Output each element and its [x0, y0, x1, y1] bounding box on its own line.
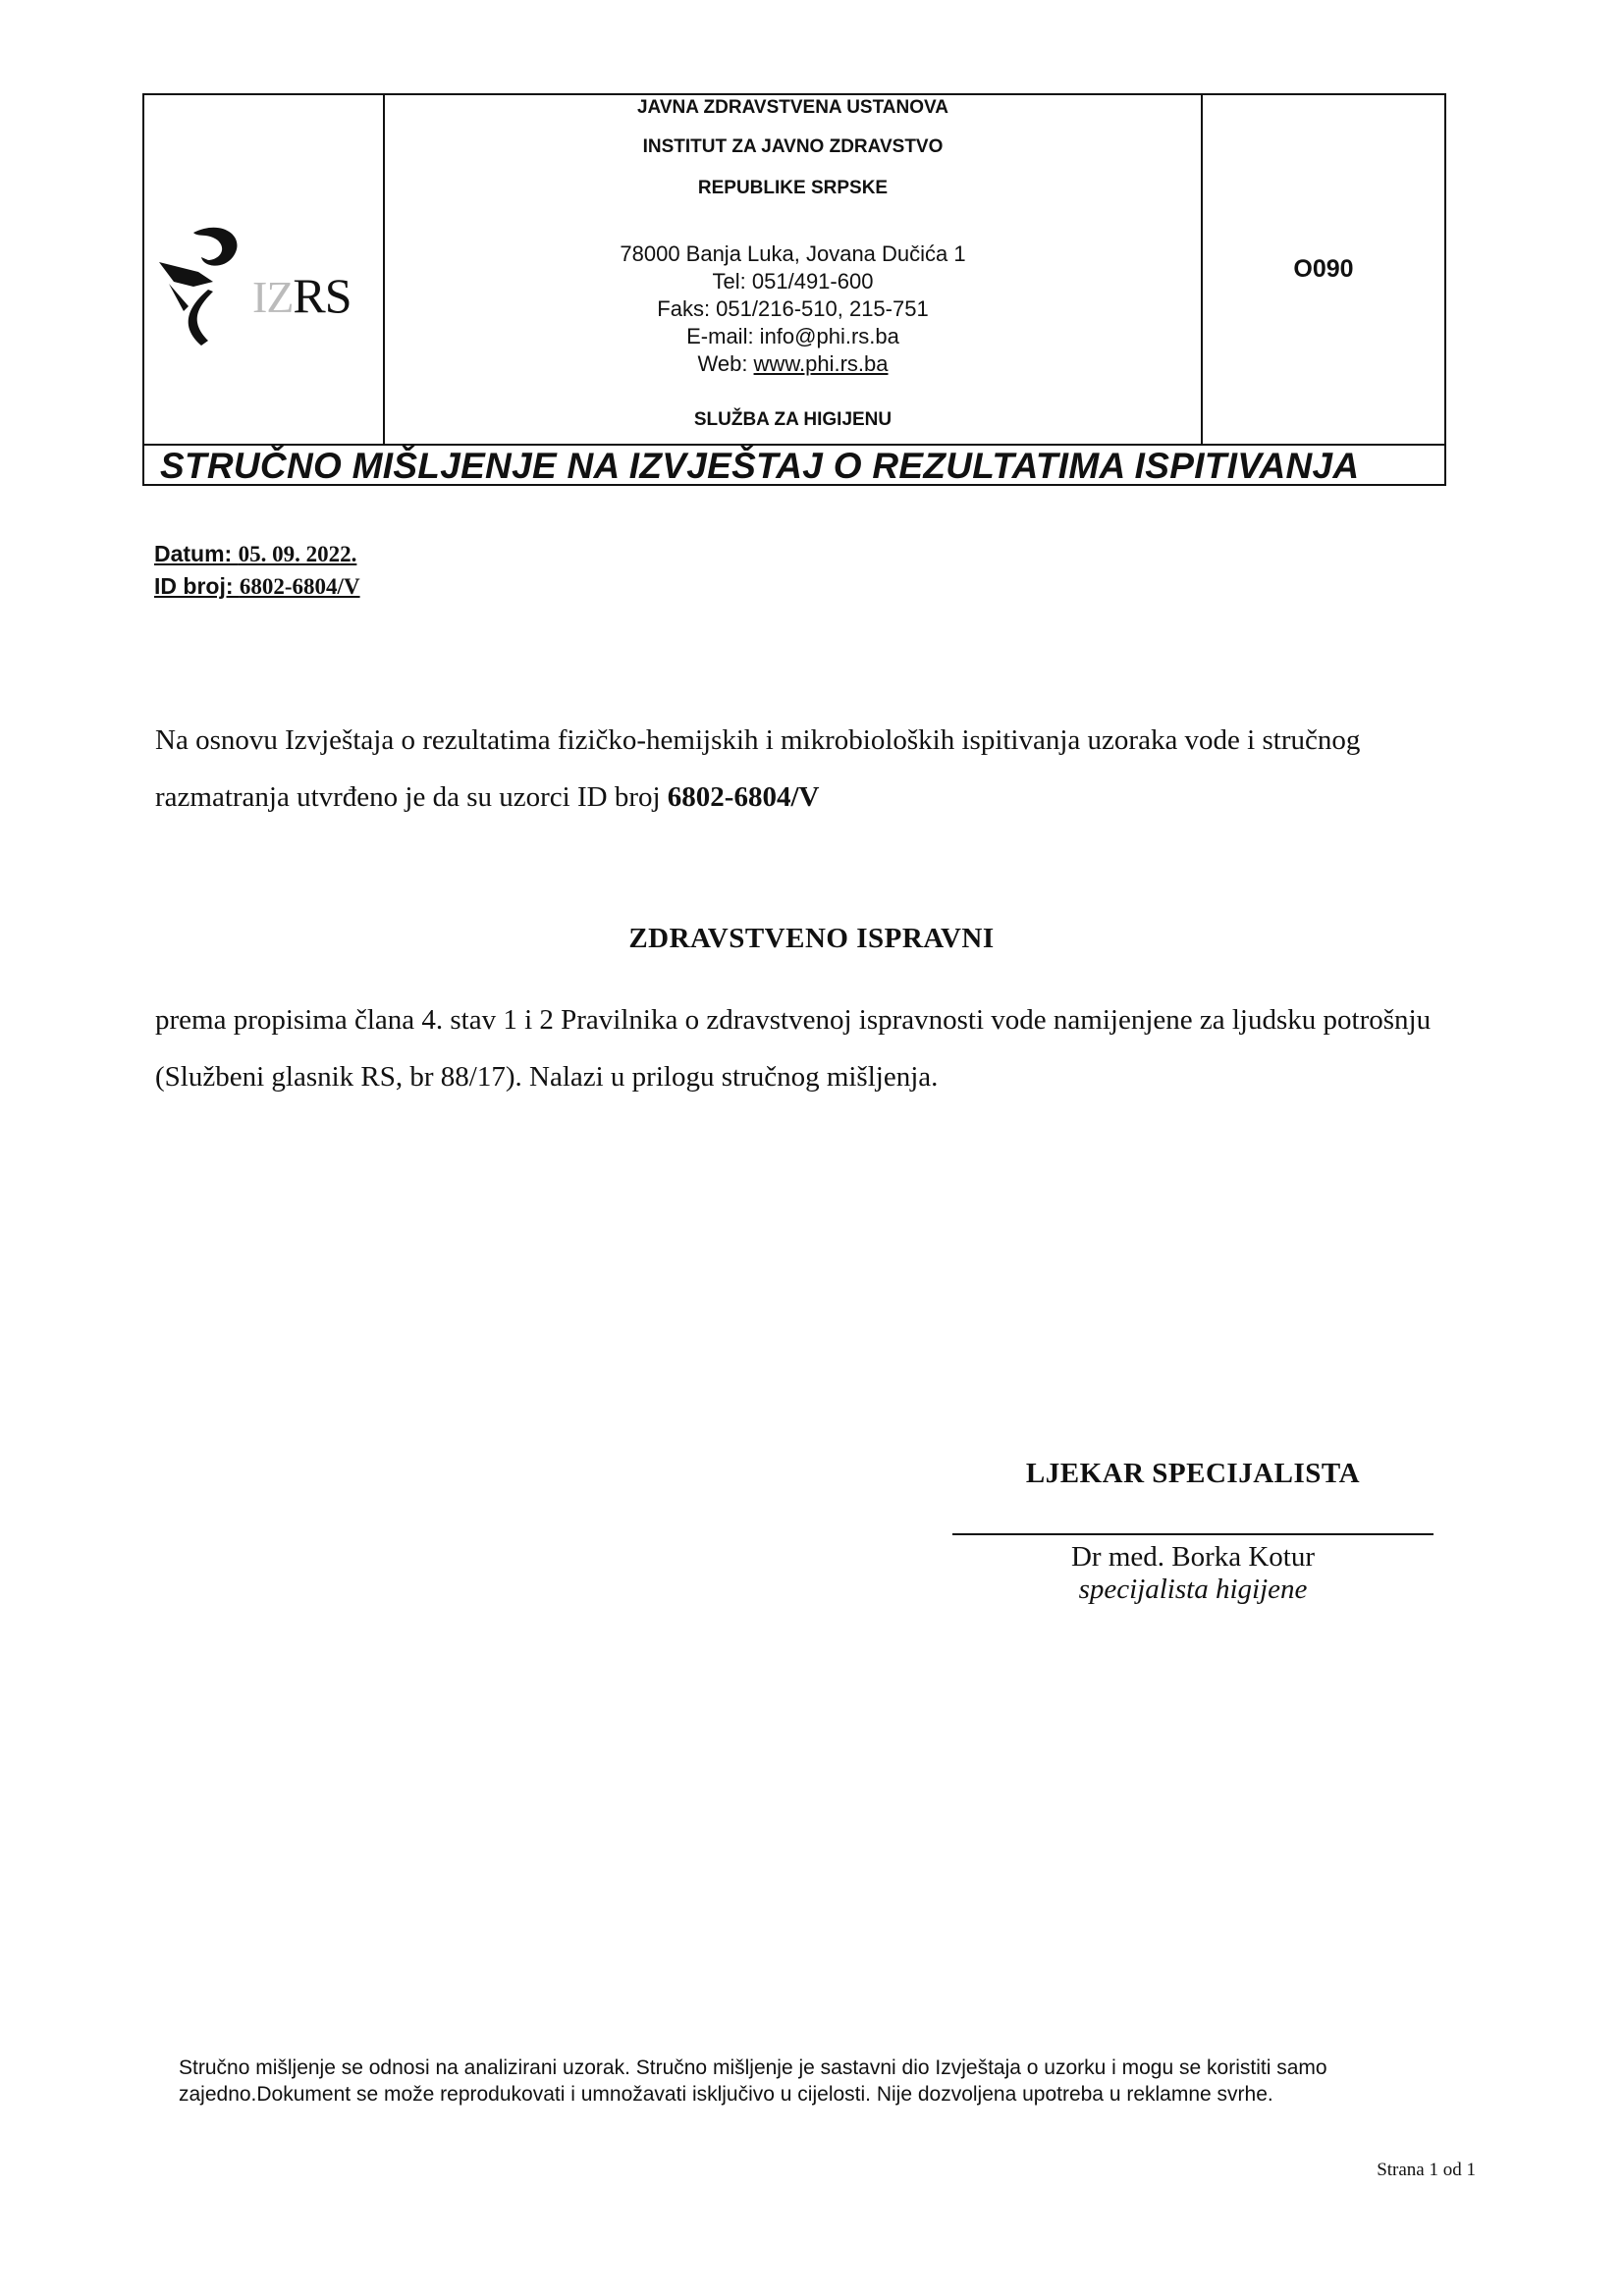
contact-block: 78000 Banja Luka, Jovana Dučića 1 Tel: 0… — [385, 240, 1201, 378]
institute-logo-icon — [154, 213, 262, 350]
paragraph-regulation: prema propisima člana 4. stav 1 i 2 Prav… — [155, 991, 1461, 1105]
document-header: IZRS JAVNA ZDRAVSTVENA USTANOVA INSTITUT… — [142, 93, 1446, 486]
header-row: IZRS JAVNA ZDRAVSTVENA USTANOVA INSTITUT… — [144, 95, 1444, 446]
form-code: O090 — [1203, 95, 1444, 444]
institution-name: INSTITUT ZA JAVNO ZDRAVSTVO — [385, 136, 1201, 158]
paragraph-basis: Na osnovu Izvještaja o rezultatima fizič… — [155, 712, 1461, 826]
sample-id: 6802-6804/V — [668, 781, 820, 813]
page-number: Strana 1 od 1 — [1377, 2160, 1476, 2181]
fax: Faks: 051/216-510, 215-751 — [385, 295, 1201, 323]
logo-wordmark: IZRS — [252, 267, 352, 324]
id-value: 6802-6804/V — [240, 574, 360, 599]
institution-region: REPUBLIKE SRPSKE — [385, 178, 1201, 199]
signature-block: LJEKAR SPECIJALISTA Dr med. Borka Kotur … — [952, 1458, 1434, 1606]
document-title: STRUČNO MIŠLJENJE NA IZVJEŠTAJ O REZULTA… — [144, 446, 1444, 486]
verdict: ZDRAVSTVENO ISPRAVNI — [0, 923, 1623, 955]
signer-specialty: specijalista higijene — [952, 1574, 1434, 1606]
institution-type: JAVNA ZDRAVSTVENA USTANOVA — [385, 97, 1201, 119]
website-link[interactable]: www.phi.rs.ba — [754, 351, 889, 376]
logo-cell: IZRS — [144, 95, 385, 444]
institution-info: JAVNA ZDRAVSTVENA USTANOVA INSTITUT ZA J… — [385, 95, 1203, 444]
date-line: Datum: 05. 09. 2022. — [154, 538, 360, 570]
phone: Tel: 051/491-600 — [385, 268, 1201, 295]
signature-line — [952, 1533, 1434, 1535]
address: 78000 Banja Luka, Jovana Dučića 1 — [385, 240, 1201, 268]
date-value: 05. 09. 2022. — [239, 542, 357, 566]
website: Web: www.phi.rs.ba — [385, 350, 1201, 378]
document-meta: Datum: 05. 09. 2022. ID broj: 6802-6804/… — [154, 538, 360, 603]
footer-disclaimer: Stručno mišljenje se odnosi na analizira… — [179, 2055, 1485, 2108]
department: SLUŽBA ZA HIGIJENU — [385, 409, 1201, 431]
id-line: ID broj: 6802-6804/V — [154, 570, 360, 603]
signer-role: LJEKAR SPECIJALISTA — [952, 1458, 1434, 1490]
email: E-mail: info@phi.rs.ba — [385, 323, 1201, 350]
signer-name: Dr med. Borka Kotur — [952, 1541, 1434, 1574]
